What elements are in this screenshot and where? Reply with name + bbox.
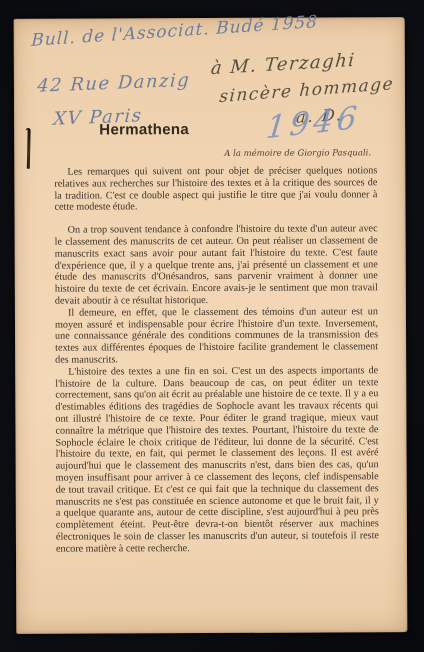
body-text: Les remarques qui suivent ont pour objet…	[54, 165, 379, 555]
handwritten-greeting: sincère hommage	[219, 74, 395, 107]
handwritten-address-street: 42 Rue Danzig	[37, 70, 191, 97]
page-title: Hermathena	[14, 121, 274, 139]
handwritten-bulletin-note: Bull. de l'Associat. Budé 1958	[31, 12, 319, 51]
paragraph-4: L'histoire des textes a une fin en soi. …	[55, 365, 379, 555]
paragraph-1: Les remarques qui suivent ont pour objet…	[54, 165, 377, 214]
scan-background: Bull. de l'Associat. Budé 1958 à M. Terz…	[0, 0, 424, 652]
handwritten-year: 1946	[264, 99, 362, 146]
paragraph-3: Il demeure, en effet, que le classement …	[55, 306, 378, 366]
printed-dedication: A la mémoire de Giorgio Pasquali.	[224, 148, 384, 159]
paragraph-2: On a trop souvent tendance à confondre l…	[55, 223, 378, 307]
document-page: Bull. de l'Associat. Budé 1958 à M. Terz…	[14, 17, 408, 634]
handwritten-recipient: à M. Terzaghi	[210, 50, 356, 79]
